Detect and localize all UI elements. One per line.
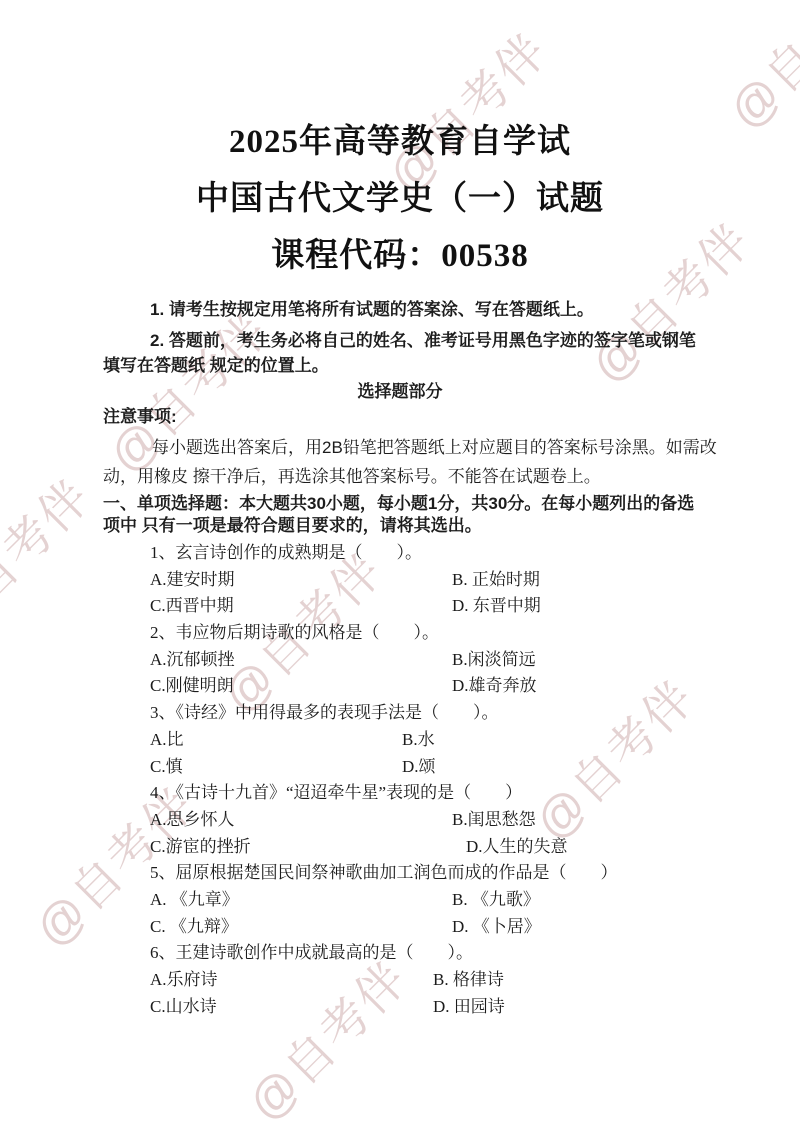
option-a: A.思乡怀人 bbox=[150, 807, 235, 834]
question-2-options-ab: A.沉郁顿挫 B.闲淡简远 bbox=[103, 647, 783, 674]
part-one-heading-line2: 项中 只有一项是最符合题目要求的，请将其选出。 bbox=[103, 512, 482, 540]
instruction-2-line1: 2. 答题前，考生务必将自己的姓名、准考证号用黑色字迹的签字笔或钢笔 bbox=[150, 327, 696, 355]
question-5-options-ab: A. 《九章》 B. 《九歌》 bbox=[103, 887, 783, 914]
question-1: 1、玄言诗创作的成熟期是（ ）。 A.建安时期 B. 正始时期 C.西晋中期 D… bbox=[103, 540, 783, 620]
option-d: D.人生的失意 bbox=[466, 834, 568, 861]
option-c: C. 《九辩》 bbox=[150, 914, 238, 941]
question-2-options-cd: C.刚健明朗 D.雄奇奔放 bbox=[103, 673, 783, 700]
question-4-options-cd: C.游宦的挫折 D.人生的失意 bbox=[103, 834, 783, 861]
option-c: C.山水诗 bbox=[150, 994, 217, 1021]
question-2-stem: 2、韦应物后期诗歌的风格是（ ）。 bbox=[103, 620, 783, 647]
question-3: 3、《诗经》中用得最多的表现手法是（ ）。 A.比 B.水 C.慎 D.颂 bbox=[103, 700, 783, 780]
instruction-2-line2: 填写在答题纸 规定的位置上。 bbox=[103, 352, 329, 380]
option-c: C.慎 bbox=[150, 754, 183, 781]
option-a: A.乐府诗 bbox=[150, 967, 218, 994]
watermark-text: @自考伴 bbox=[0, 461, 103, 652]
option-a: A. 《九章》 bbox=[150, 887, 239, 914]
option-a: A.比 bbox=[150, 727, 184, 754]
exam-title-subject: 中国古代文学史（一）试题 bbox=[0, 171, 800, 228]
question-5-options-cd: C. 《九辩》 D. 《卜居》 bbox=[103, 914, 783, 941]
notes-body-line1: 每小题选出答案后，用2B铅笔把答题纸上对应题目的答案标号涂黑。如需改 bbox=[152, 434, 717, 462]
option-b: B.闺思愁怨 bbox=[452, 807, 536, 834]
option-d: D.雄奇奔放 bbox=[452, 673, 537, 700]
option-b: B. 正始时期 bbox=[452, 567, 540, 594]
question-6-options-ab: A.乐府诗 B. 格律诗 bbox=[103, 967, 783, 994]
question-5: 5、屈原根据楚国民间祭神歌曲加工润色而成的作品是（ ） A. 《九章》 B. 《… bbox=[103, 860, 783, 940]
question-4-stem: 4、《古诗十九首》“迢迢牵牛星”表现的是（ ） bbox=[103, 780, 783, 807]
question-3-options-ab: A.比 B.水 bbox=[103, 727, 783, 754]
option-a: A.建安时期 bbox=[150, 567, 235, 594]
question-5-stem: 5、屈原根据楚国民间祭神歌曲加工润色而成的作品是（ ） bbox=[103, 860, 783, 887]
question-6: 6、王建诗歌创作中成就最高的是（ ）。 A.乐府诗 B. 格律诗 C.山水诗 D… bbox=[103, 940, 783, 1020]
question-4: 4、《古诗十九首》“迢迢牵牛星”表现的是（ ） A.思乡怀人 B.闺思愁怨 C.… bbox=[103, 780, 783, 860]
question-6-options-cd: C.山水诗 D. 田园诗 bbox=[103, 994, 783, 1021]
question-2: 2、韦应物后期诗歌的风格是（ ）。 A.沉郁顿挫 B.闲淡简远 C.刚健明朗 D… bbox=[103, 620, 783, 700]
option-b: B.水 bbox=[402, 727, 435, 754]
option-d: D.颂 bbox=[402, 754, 436, 781]
question-3-stem: 3、《诗经》中用得最多的表现手法是（ ）。 bbox=[103, 700, 783, 727]
option-d: D. 东晋中期 bbox=[452, 593, 541, 620]
option-c: C.刚健明朗 bbox=[150, 673, 234, 700]
question-6-stem: 6、王建诗歌创作中成就最高的是（ ）。 bbox=[103, 940, 783, 967]
question-4-options-ab: A.思乡怀人 B.闺思愁怨 bbox=[103, 807, 783, 834]
exam-paper-page: @自考伴 @自考伴 @自考伴 @自考伴 @自考伴 @自考伴 @自考伴 @自考伴 … bbox=[0, 0, 800, 1131]
title-block: 2025年高等教育自学试 中国古代文学史（一）试题 课程代码：00538 bbox=[0, 114, 800, 285]
instruction-1: 1. 请考生按规定用笔将所有试题的答案涂、写在答题纸上。 bbox=[150, 296, 594, 324]
question-1-options-cd: C.西晋中期 D. 东晋中期 bbox=[103, 593, 783, 620]
question-1-stem: 1、玄言诗创作的成熟期是（ ）。 bbox=[103, 540, 783, 567]
option-d: D. 田园诗 bbox=[433, 994, 505, 1021]
option-b: B.闲淡简远 bbox=[452, 647, 536, 674]
option-b: B. 《九歌》 bbox=[452, 887, 540, 914]
option-a: A.沉郁顿挫 bbox=[150, 647, 235, 674]
course-code: 课程代码：00538 bbox=[0, 228, 800, 285]
question-1-options-ab: A.建安时期 B. 正始时期 bbox=[103, 567, 783, 594]
question-list: 1、玄言诗创作的成熟期是（ ）。 A.建安时期 B. 正始时期 C.西晋中期 D… bbox=[103, 540, 783, 1020]
section-header-choice-part: 选择题部分 bbox=[0, 378, 800, 406]
notes-heading: 注意事项: bbox=[103, 403, 177, 431]
option-d: D. 《卜居》 bbox=[452, 914, 541, 941]
notes-body-line2: 动，用橡皮 擦干净后，再选涂其他答案标号。不能答在试题卷上。 bbox=[103, 463, 601, 491]
option-c: C.西晋中期 bbox=[150, 593, 234, 620]
option-b: B. 格律诗 bbox=[433, 967, 504, 994]
option-c: C.游宦的挫折 bbox=[150, 834, 251, 861]
question-3-options-cd: C.慎 D.颂 bbox=[103, 754, 783, 781]
exam-title-year: 2025年高等教育自学试 bbox=[0, 114, 800, 171]
